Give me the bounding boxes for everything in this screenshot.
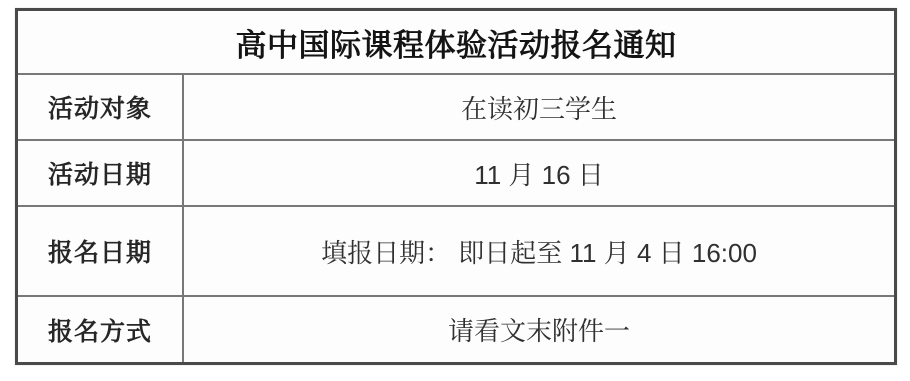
row-value: 请看文末附件一 [184,297,894,362]
row-label: 报名方式 [18,297,184,362]
row-value: 在读初三学生 [184,75,894,139]
notice-table: 高中国际课程体验活动报名通知 活动对象 在读初三学生 活动日期 11 月 16 … [15,8,897,365]
table-row: 报名方式 请看文末附件一 [18,297,894,362]
row-value: 11 月 16 日 [184,141,894,205]
row-label: 活动日期 [18,141,184,205]
table-row: 活动日期 11 月 16 日 [18,141,894,207]
row-value: 填报日期： 即日起至 11 月 4 日 16:00 [184,207,894,295]
table-row: 活动对象 在读初三学生 [18,75,894,141]
row-label: 报名日期 [18,207,184,295]
table-row: 报名日期 填报日期： 即日起至 11 月 4 日 16:00 [18,207,894,297]
page: 高中国际课程体验活动报名通知 活动对象 在读初三学生 活动日期 11 月 16 … [0,0,910,381]
table-title: 高中国际课程体验活动报名通知 [18,11,894,75]
row-label: 活动对象 [18,75,184,139]
